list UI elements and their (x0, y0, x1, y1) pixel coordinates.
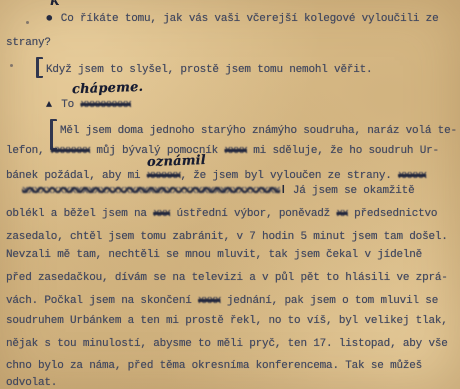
scanned-document-page: k ● Co říkáte tomu, jak vás vaši včerejš… (0, 0, 460, 389)
cut-off-pen-mark: k (50, 0, 60, 9)
typewritten-text: , že jsem byl vyloučen ze strany. (180, 170, 398, 182)
typewritten-text: To (55, 99, 81, 111)
handwritten-word: oznámil (147, 154, 206, 170)
para-line-4: xxxxxxxxxxxxxxxxxxxxxxxxxxxxxxxxxxxxxxxx… (22, 184, 414, 198)
typewritten-text: Nevzali mě tam, nechtěli se mnou mluvit,… (6, 249, 422, 261)
para-line-13: odvolat. (6, 376, 57, 389)
struck-word: xxxxxxx (51, 145, 90, 157)
typewritten-text: předsednictvo (348, 208, 438, 220)
typewritten-text: strany? (6, 37, 51, 49)
struck-word: xxxxxxxxx (80, 99, 130, 111)
para-line-8: před zasedačkou, dívám se na televizi a … (6, 271, 448, 285)
typewritten-text: Když jsem to slyšel, prostě jsem tomu ne… (46, 64, 372, 76)
typewritten-text: vách. Počkal jsem na skončení (6, 295, 198, 307)
bullet-icon: ● (46, 11, 53, 27)
typewritten-text: Co říkáte tomu, jak vás vaši včerejší ko… (54, 13, 438, 25)
typewritten-text: před zasedačkou, dívám se na televizi a … (6, 272, 448, 284)
typewritten-text: Já jsem se okamžitě (286, 185, 414, 197)
para-line-6: zasedalo, chtěl jsem tomu zabránit, v 7 … (6, 230, 448, 244)
typewritten-text: chno bylo za náma, před těma okresníma k… (6, 360, 422, 372)
struck-word: xxxx (198, 295, 220, 307)
ink-speck (26, 21, 29, 24)
para-line-10: soudruhem Urbánkem a ten mi prostě řekl,… (6, 314, 448, 328)
typewritten-text: lefon, (6, 145, 51, 157)
para-line-5: oblékl a běžel jsem na xxx ústřední výbo… (6, 207, 437, 221)
ink-speck (10, 64, 13, 67)
annotation-chapeme: chápeme. (72, 82, 143, 97)
struck-passage: xxxxxxxxxxxxxxxxxxxxxxxxxxxxxxxxxxxxxxxx… (22, 185, 280, 197)
question-line-2: strany? (6, 36, 51, 50)
para-line-11: nějak s tou minulostí, abysme to měli pr… (6, 337, 448, 351)
typewritten-text: bánek požádal, aby mi (6, 170, 147, 182)
answer-line: Když jsem to slyšel, prostě jsem tomu ne… (36, 57, 372, 78)
typewritten-text: soudruhem Urbánkem a ten mi prostě řekl,… (6, 315, 448, 327)
para-line-7: Nevzali mě tam, nechtěli se mnou mluvit,… (6, 248, 422, 262)
response-intro-line: ▲ To xxxxxxxxx (46, 98, 131, 113)
typewritten-text: jednání, pak jsem o tom mluvil se (220, 295, 438, 307)
bracket-mark (36, 57, 43, 78)
typewritten-text: Měl jsem doma jednoho starýho známýho so… (60, 125, 457, 137)
typewritten-text: odvolat. (6, 377, 57, 389)
struck-word: xxxxx (398, 170, 426, 182)
struck-word: xxxxxx (147, 170, 181, 182)
typewritten-text: zasedalo, chtěl jsem tomu zabránit, v 7 … (6, 231, 448, 243)
annotation-oznamil: oznámil (147, 155, 206, 170)
triangle-icon: ▲ (46, 99, 52, 113)
struck-word: xx (336, 208, 347, 220)
typewritten-text: nějak s tou minulostí, abysme to měli pr… (6, 338, 448, 350)
para-line-2: lefon, xxxxxxx můj bývalý pomocník xxxx … (6, 144, 439, 158)
para-line-9: vách. Počkal jsem na skončení xxxx jedná… (6, 294, 438, 308)
handwritten-word: chápeme. (72, 81, 144, 97)
question-line-1: ● Co říkáte tomu, jak vás vaši včerejší … (46, 12, 438, 26)
struck-word: xxxx (224, 145, 246, 157)
para-line-3: bánek požádal, aby mi xxxxxx, že jsem by… (6, 169, 426, 183)
para-line-12: chno bylo za náma, před těma okresníma k… (6, 359, 422, 373)
typewritten-text: mi sděluje, že ho soudruh Ur- (247, 145, 439, 157)
typewritten-text: oblékl a běžel jsem na (6, 208, 153, 220)
struck-word: xxx (153, 208, 170, 220)
typewritten-text: ústřední výbor, poněvadž (170, 208, 336, 220)
